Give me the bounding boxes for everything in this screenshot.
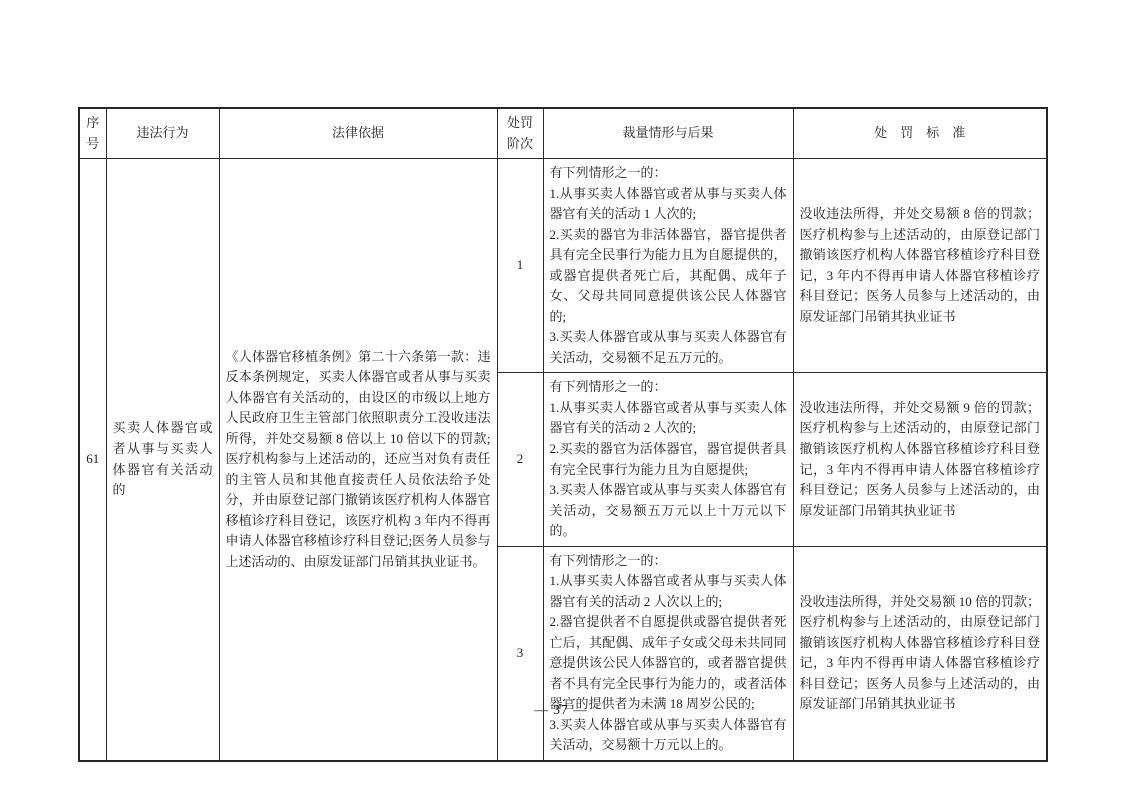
document-page: 序号 违法行为 法律依据 处罚阶次 裁量情形与后果 处 罚 标 准 61 买卖人…	[0, 0, 1122, 793]
table-header-row: 序号 违法行为 法律依据 处罚阶次 裁量情形与后果 处 罚 标 准	[79, 108, 1047, 159]
cell-circumstances-1: 有下列情形之一的： 1.从事买卖人体器官或者从事与买卖人体器官有关的活动 1 人…	[543, 159, 793, 373]
header-legal-basis: 法律依据	[219, 108, 497, 159]
header-violation: 违法行为	[106, 108, 219, 159]
cell-circumstances-3: 有下列情形之一的： 1.从事买卖人体器官或者从事与买卖人体器官有关的活动 2 人…	[543, 546, 793, 761]
cell-index-number: 61	[79, 159, 106, 761]
cell-circumstances-2: 有下列情形之一的： 1.从事买卖人体器官或者从事与买卖人体器官有关的活动 2 人…	[543, 373, 793, 546]
cell-level-3: 3	[497, 546, 543, 761]
table-row-level-1: 61 买卖人体器官或者从事与买卖人体器官有关活动的 《人体器官移植条例》第二十六…	[79, 159, 1047, 373]
header-circumstances: 裁量情形与后果	[543, 108, 793, 159]
penalty-discretion-table: 序号 违法行为 法律依据 处罚阶次 裁量情形与后果 处 罚 标 准 61 买卖人…	[78, 107, 1048, 762]
cell-level-1: 1	[497, 159, 543, 373]
cell-violation: 买卖人体器官或者从事与买卖人体器官有关活动的	[106, 159, 219, 761]
cell-standard-1: 没收违法所得，并处交易额 8 倍的罚款；医疗机构参与上述活动的，由原登记部门撤销…	[793, 159, 1047, 373]
header-penalty-standard: 处 罚 标 准	[793, 108, 1047, 159]
page-number: — 37 —	[0, 702, 1122, 718]
cell-level-2: 2	[497, 373, 543, 546]
cell-legal-basis: 《人体器官移植条例》第二十六条第一款：违反本条例规定，买卖人体器官或者从事与买卖…	[219, 159, 497, 761]
cell-standard-3: 没收违法所得，并处交易额 10 倍的罚款；医疗机构参与上述活动的，由原登记部门撤…	[793, 546, 1047, 761]
header-index: 序号	[79, 108, 106, 159]
header-penalty-level: 处罚阶次	[497, 108, 543, 159]
cell-standard-2: 没收违法所得，并处交易额 9 倍的罚款；医疗机构参与上述活动的，由原登记部门撤销…	[793, 373, 1047, 546]
